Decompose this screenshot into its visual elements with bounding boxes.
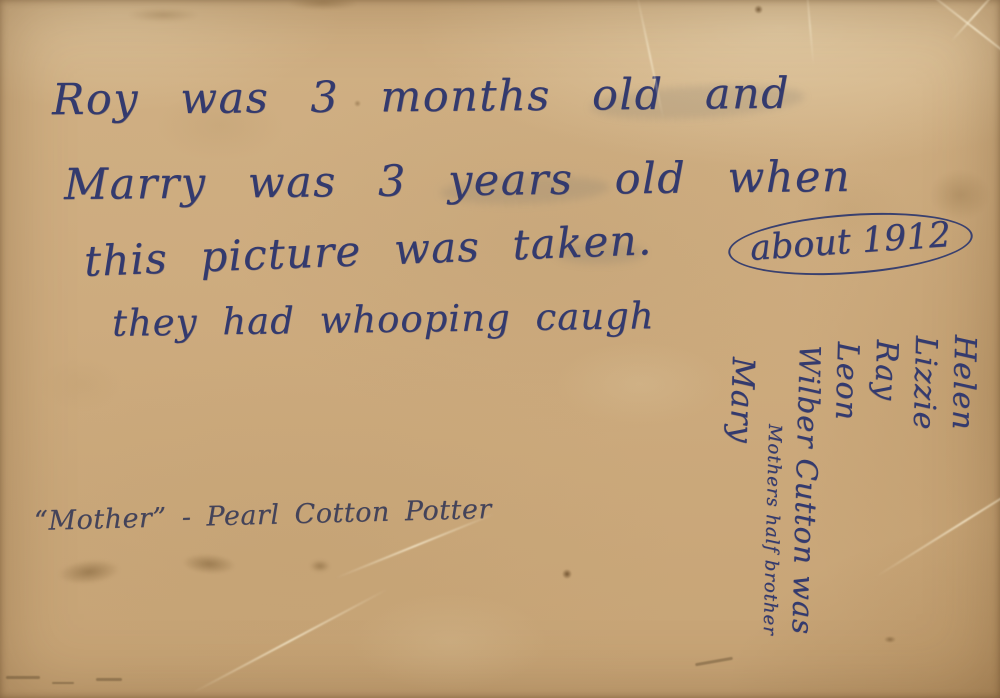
edge-scratch [96,678,122,681]
handwritten-line-4: they had whooping caugh [112,294,655,345]
stain [310,560,330,572]
circled-date-annotation: about 1912 [726,206,975,283]
stain [181,552,236,576]
stain [288,0,358,10]
ink-spot [754,5,763,14]
paper-crease [806,0,815,66]
stain [128,8,198,22]
handwritten-line-3: this picture was taken. [83,215,653,286]
handwritten-line-2: Marry was 3 years old when [64,152,852,210]
ink-spot [562,569,572,579]
photo-back-card: Roy was 3 months old and Marry was 3 yea… [0,0,1000,698]
edge-scratch [6,676,40,679]
caption-mother-pearl-cotton-potter: “Mother” - Pearl Cotton Potter [34,494,492,537]
paper-crease [192,588,387,693]
paper-crease [951,0,999,42]
paper-crease [919,0,1000,73]
stain [57,557,121,587]
edge-scratch [52,682,74,684]
stain [930,170,990,220]
names-list-vertical: Helen Lizzie Ray Leon Wilber Cutton was … [714,323,984,680]
handwritten-line-1: Roy was 3 months old and [52,69,791,125]
